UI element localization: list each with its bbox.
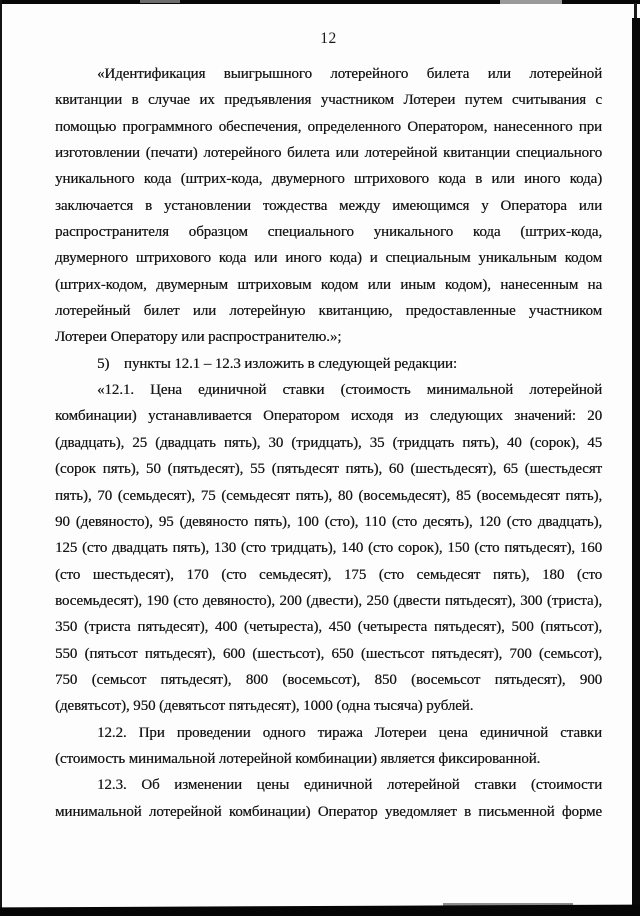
text-line: (стоимость минимальной лотерейной комбин…: [55, 746, 602, 772]
text-line: «Идентификация выигрышного лотерейного б…: [55, 61, 602, 87]
text-line: (девятьсот), 950 (девятьсот пятьдесят), …: [55, 693, 602, 719]
text-line: 750 (семьсот пятьдесят), 800 (восемьсот)…: [55, 667, 602, 693]
text-line: распространителя образцом специального у…: [55, 219, 602, 245]
document-body: «Идентификация выигрышного лотерейного б…: [55, 61, 602, 825]
text-line: изготовлении (печати) лотерейного билета…: [55, 140, 602, 166]
scan-edge-left: [0, 0, 2, 916]
scanned-document-page: 12 «Идентификация выигрышного лотерейног…: [0, 0, 640, 916]
text-line: «12.1. Цена единичной ставки (стоимость …: [55, 377, 602, 403]
text-line: 125 (сто двадцать пять), 130 (сто тридца…: [55, 535, 602, 561]
text-line: (штрих-кодом, двумерным штриховым кодом …: [55, 272, 602, 298]
text-line: восемьдесят), 190 (сто девяносто), 200 (…: [55, 588, 602, 614]
text-line: Лотереи Оператору или распространителю.»…: [55, 324, 602, 350]
text-line: лотерейный билет или лотерейную квитанци…: [55, 298, 602, 324]
text-line: заключается в установлении тождества меж…: [55, 193, 602, 219]
scan-edge-right: [632, 18, 640, 916]
page-number: 12: [55, 28, 602, 50]
text-line: уникального кода (штрих-кода, двумерного…: [55, 166, 602, 192]
scan-smudge: [140, 0, 180, 3]
text-line: помощью программного обеспечения, опреде…: [55, 114, 602, 140]
text-line: минимальной лотерейной комбинации) Опера…: [55, 799, 602, 825]
text-line: 5) пункты 12.1 – 12.3 изложить в следующ…: [55, 351, 602, 377]
text-line: 350 (триста пятьдесят), 400 (четыреста),…: [55, 614, 602, 640]
text-line: 12.2. При проведении одного тиража Лотер…: [55, 720, 602, 746]
text-line: квитанции в случае их предъявления участ…: [55, 87, 602, 113]
text-line: двумерного штрихового кода или иного код…: [55, 245, 602, 271]
text-line: (сорок пять), 50 (пятьдесят), 55 (пятьде…: [55, 456, 602, 482]
text-line: комбинации) устанавливается Оператором и…: [55, 403, 602, 429]
text-line: 550 (пятьсот пятьдесят), 600 (шестьсот),…: [55, 641, 602, 667]
text-line: (двадцать), 25 (двадцать пять), 30 (трид…: [55, 430, 602, 456]
scan-smudge: [500, 0, 562, 4]
text-line: 90 (девяносто), 95 (девяносто пять), 100…: [55, 509, 602, 535]
text-line: пять), 70 (семьдесят), 75 (семьдесят пят…: [55, 483, 602, 509]
text-line: 12.3. Об изменении цены единичной лотере…: [55, 772, 602, 798]
scan-edge-bottom: [0, 905, 640, 916]
text-line: (сто шестьдесят), 170 (сто семьдесят), 1…: [55, 562, 602, 588]
